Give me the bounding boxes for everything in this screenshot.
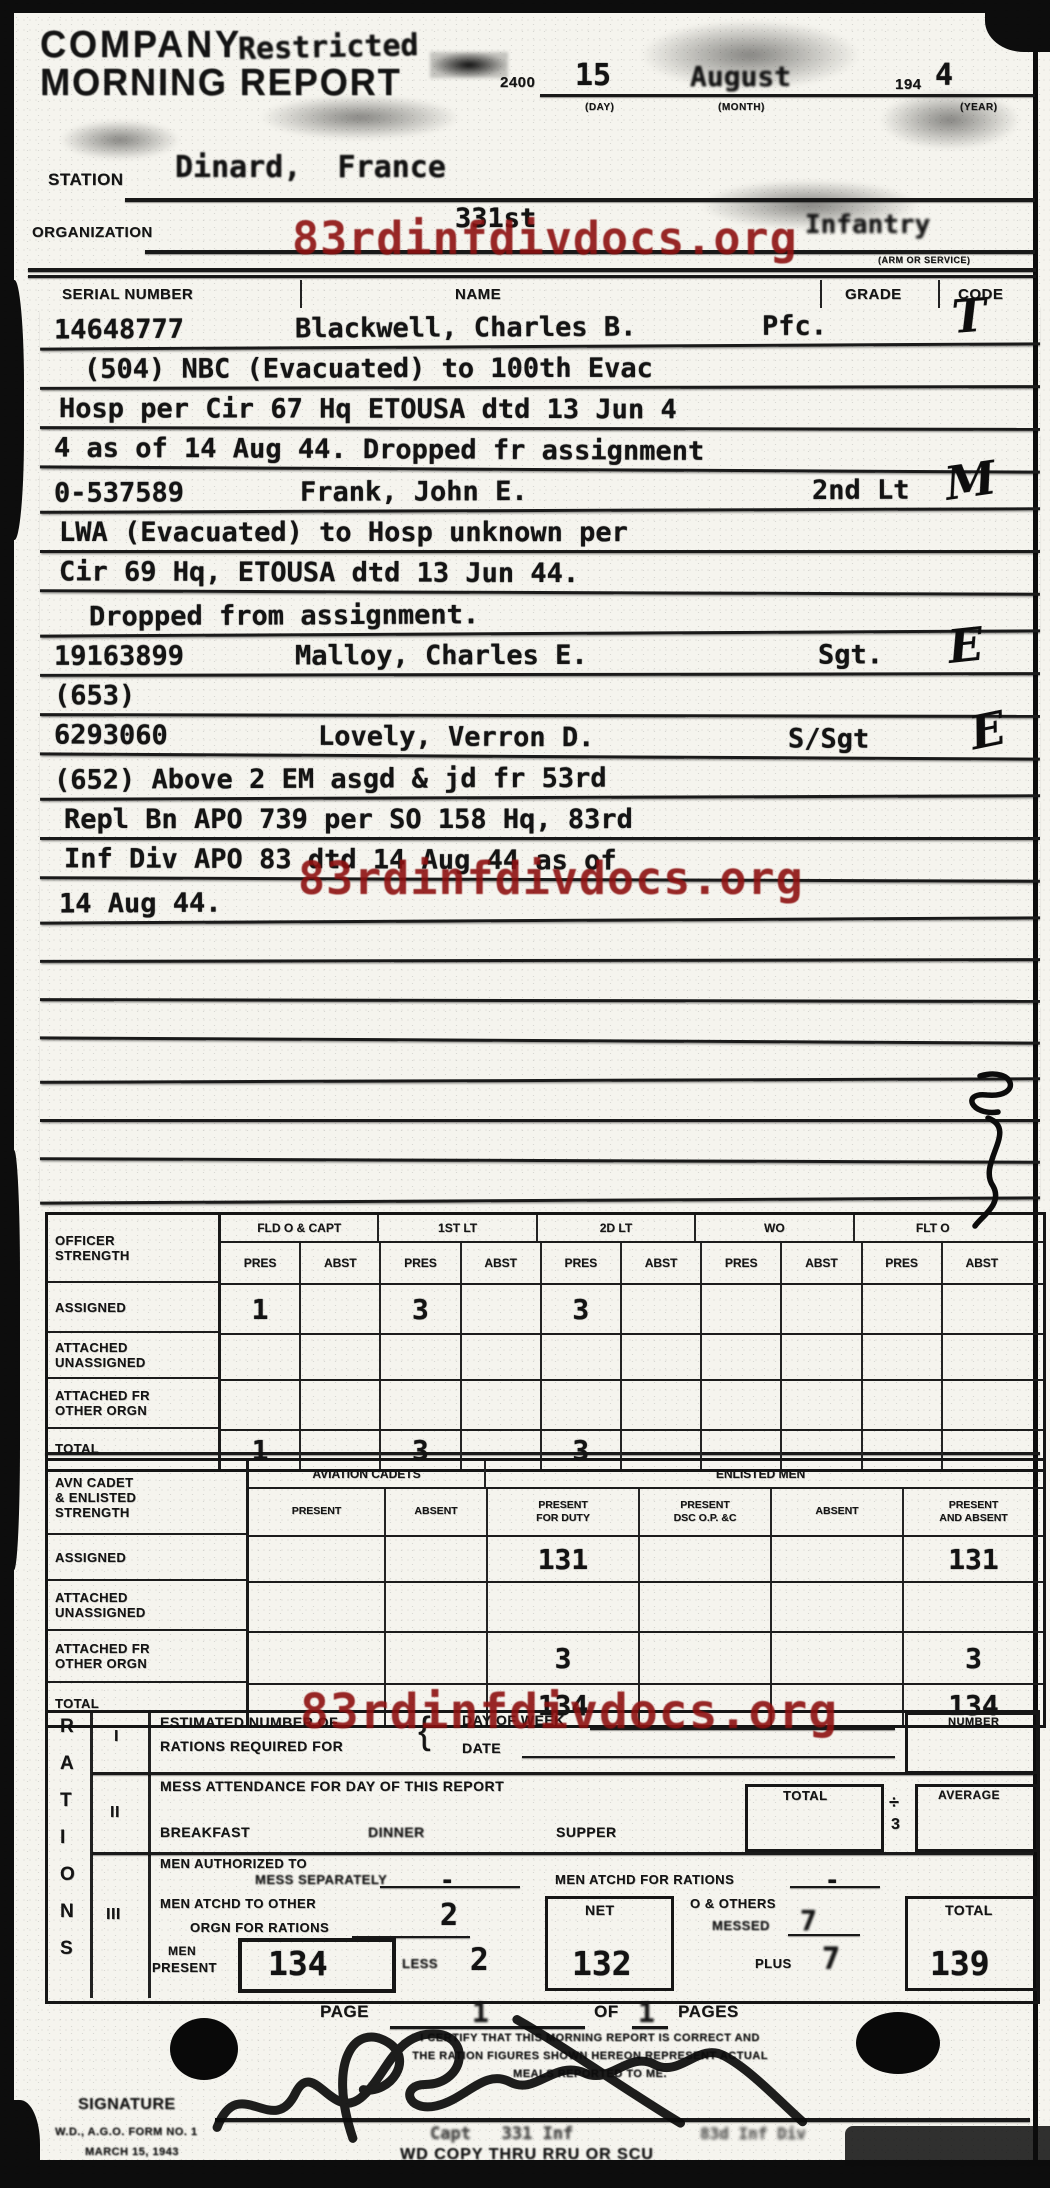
officer-pres-abst-header: PRES <box>379 1243 459 1283</box>
enlisted-column-header-line: ABSENT <box>414 1505 457 1518</box>
table-corner-label: OFFICERSTRENGTH <box>48 1215 218 1281</box>
rations-numeral-1: I <box>114 1728 119 1746</box>
divisor: 3 <box>891 1816 900 1834</box>
table-value-row <box>249 1581 1043 1631</box>
roster-header-grade: GRADE <box>845 286 902 303</box>
officer-pres-abst-label: ABST <box>484 1256 517 1271</box>
enlisted-column-header-label: PRESENT <box>292 1505 342 1518</box>
table-header-row-cols: PRESABSTPRESABSTPRESABSTPRESABSTPRESABST <box>221 1241 1043 1283</box>
table-header-row-cols: PRESENTABSENTPRESENTFOR DUTYPRESENTDSC O… <box>249 1487 1043 1535</box>
table-value-cell <box>638 1583 770 1631</box>
form-date: MARCH 15, 1943 <box>85 2146 179 2158</box>
divide-sign: ÷ <box>889 1792 899 1813</box>
table-value-cell <box>941 1335 1021 1379</box>
enlisted-column-header-line: FOR DUTY <box>536 1512 590 1525</box>
officer-pres-abst-header: PRES <box>221 1243 299 1283</box>
organization-branch-value: Infantry <box>805 210 930 240</box>
officer-pres-abst-label: PRES <box>885 1256 918 1271</box>
officer-rank-group-label: 2D LT <box>600 1221 632 1236</box>
station-value: Dinard, France <box>175 150 446 185</box>
double-rule-bottom <box>28 275 1036 278</box>
date-underline <box>540 94 1035 97</box>
restricted-stamp: Restricted <box>238 28 419 67</box>
arm-or-service-sublabel: (ARM OR SERVICE) <box>878 255 970 265</box>
table-row-label-line: UNASSIGNED <box>55 1355 218 1370</box>
table-row-label: ATTACHEDUNASSIGNED <box>48 1579 246 1629</box>
roster-line: Repl Bn APO 739 per SO 158 Hq, 83rd <box>40 799 1040 840</box>
mess-average-label: AVERAGE <box>938 1788 1000 1802</box>
table-value-cell <box>780 1335 860 1379</box>
rations-total-value: 139 <box>930 1944 990 1983</box>
table-value-cell <box>249 1583 384 1631</box>
officer-rank-group-label: FLD O & CAPT <box>257 1221 341 1236</box>
roster-line: LWA (Evacuated) to Hosp unknown per <box>40 512 1040 553</box>
table-value-cell: 3 <box>902 1633 1043 1683</box>
table-row-label-line: ATTACHED <box>55 1590 246 1605</box>
roster-name: Frank, John E. <box>300 476 528 508</box>
enlisted-column-header-line: AND ABSENT <box>939 1512 1007 1525</box>
table-corner-label-line: & ENLISTED <box>55 1490 246 1505</box>
rations-side-letter: N <box>60 1901 74 1923</box>
table-value-cell <box>700 1335 780 1379</box>
roster-serial: 19163899 <box>54 641 184 672</box>
table-label-column: AVN CADET& ENLISTEDSTRENGTHASSIGNEDATTAC… <box>48 1461 249 1725</box>
table-row-label-line: ASSIGNED <box>55 1550 246 1565</box>
table-cell-value: 1 <box>252 1293 269 1326</box>
table-row-label-line: OTHER ORGN <box>55 1656 246 1671</box>
less-label: LESS <box>402 1956 438 1971</box>
dinner-label: DINNER <box>368 1824 425 1840</box>
watermark-text: 83rdinfdivdocs.org <box>300 1684 838 1740</box>
year-sublabel: (YEAR) <box>960 102 997 113</box>
table-corner-label-line: STRENGTH <box>55 1505 246 1520</box>
table-row-label-line: ATTACHED <box>55 1340 218 1355</box>
officer-pres-abst-label: PRES <box>244 1256 277 1271</box>
scan-artifact <box>845 2126 1050 2166</box>
o-and-others-line2: MESSED <box>712 1918 770 1933</box>
signature-label: SIGNATURE <box>78 2096 176 2114</box>
table-value-cell <box>299 1285 379 1333</box>
roster-name: Malloy, Charles E. <box>295 640 588 672</box>
roster-remark: 14 Aug 44. <box>59 888 222 920</box>
officer-rank-group-header: 1ST LT <box>377 1215 535 1241</box>
enlisted-men-label: ENLISTED MEN <box>716 1467 805 1482</box>
table-value-cell <box>249 1633 384 1683</box>
rations-numeral-3: III <box>106 1906 121 1924</box>
aviation-cadets-label: AVIATION CADETS <box>312 1467 420 1482</box>
table-value-cell <box>902 1583 1043 1631</box>
table-value-cell <box>460 1335 540 1379</box>
table-value-cell <box>540 1335 620 1379</box>
enlisted-column-header-label: ABSENT <box>414 1505 457 1518</box>
table-row-label-line: UNASSIGNED <box>55 1605 246 1620</box>
table-value-cell: 3 <box>379 1285 459 1333</box>
table-value-cell <box>780 1381 860 1429</box>
roster-remark: Cir 69 Hq, ETOUSA dtd 13 Jun 44. <box>59 556 579 589</box>
roster-code-handwritten: E <box>945 617 986 674</box>
officer-rank-group-header: FLD O & CAPT <box>221 1215 377 1241</box>
roster-serial: 0-537589 <box>54 477 184 508</box>
roster-remark: Dropped from assignment. <box>89 599 479 632</box>
table-value-cell: 3 <box>486 1633 638 1683</box>
enlisted-column-header-line: PRESENT <box>674 1499 737 1512</box>
organization-label: ORGANIZATION <box>32 224 153 241</box>
watermark-text: 83rdinfdivdocs.org <box>292 212 798 265</box>
enlisted-column-header-label: PRESENTDSC O.P. &C <box>674 1499 737 1525</box>
table-corner-label-line: STRENGTH <box>55 1248 218 1263</box>
men-atchd-for-rations-value: - <box>825 1866 839 1894</box>
table-value-cell <box>861 1285 941 1333</box>
officer-pres-abst-label: ABST <box>965 1256 998 1271</box>
table-value-cell <box>379 1381 459 1429</box>
roster-remark: 4 as of 14 Aug 44. Dropped fr assignment <box>54 432 704 466</box>
men-present-line1: MEN <box>168 1944 196 1958</box>
officer-pres-abst-label: PRES <box>565 1256 598 1271</box>
table-value-cell <box>540 1381 620 1429</box>
roster-line: 6293060Lovely, Verron D.S/SgtE <box>40 714 1040 760</box>
rations-side-letter: R <box>60 1716 74 1738</box>
table-value-cell <box>299 1335 379 1379</box>
enlisted-column-header: ABSENT <box>384 1489 486 1535</box>
officer-pres-abst-header: PRES <box>540 1243 620 1283</box>
roster-blank-line <box>40 1040 1040 1083</box>
scan-noise-blob <box>880 90 1020 150</box>
roster-blank-line <box>40 961 1040 1003</box>
enlisted-column-header-label: PRESENTFOR DUTY <box>536 1499 590 1525</box>
roster-code-handwritten: M <box>941 450 999 511</box>
month-sublabel: (MONTH) <box>718 102 765 113</box>
officer-pres-abst-label: PRES <box>404 1256 437 1271</box>
roster-remark: LWA (Evacuated) to Hosp unknown per <box>59 517 628 548</box>
men-authorized-line1: MEN AUTHORIZED TO <box>160 1856 307 1871</box>
table-value-cell: 131 <box>486 1537 638 1581</box>
officer-rank-group-label: 1ST LT <box>438 1221 477 1236</box>
day-sublabel: (DAY) <box>585 102 614 113</box>
table-value-cell <box>249 1537 384 1581</box>
men-atchd-other-value: 2 <box>440 1898 458 1933</box>
table-value-cell <box>460 1381 540 1429</box>
table-value-cell <box>941 1381 1021 1429</box>
roster-header-serial: SERIAL NUMBER <box>62 286 193 303</box>
table-value-cell: 131 <box>902 1537 1043 1581</box>
table-value-cell <box>221 1335 299 1379</box>
table-value-cell <box>638 1633 770 1683</box>
table-value-cell <box>620 1335 700 1379</box>
table-value-cell: 1 <box>221 1285 299 1333</box>
table-header-row-groups: FLD O & CAPT1ST LT2D LTWOFLT O <box>221 1215 1043 1241</box>
table-row-label-line: ATTACHED FR <box>55 1388 218 1403</box>
enlisted-column-header-line: PRESENT <box>536 1499 590 1512</box>
men-present-value: 134 <box>268 1944 328 1983</box>
scan-artifact <box>985 0 1050 52</box>
scan-noise-blob <box>60 120 180 160</box>
officer-pres-abst-header: PRES <box>861 1243 941 1283</box>
roster-header-name: NAME <box>455 286 501 303</box>
roster-line: (504) NBC (Evacuated) to 100th Evac <box>40 347 1040 390</box>
net-label: NET <box>585 1902 615 1918</box>
table-cell-value: 3 <box>965 1642 982 1675</box>
roster-blank-line <box>40 1120 1040 1163</box>
table-cell-value: 3 <box>412 1293 429 1326</box>
officer-pres-abst-label: ABST <box>324 1256 357 1271</box>
officer-rank-group-header: WO <box>694 1215 852 1241</box>
roster-name: Lovely, Verron D. <box>318 721 595 753</box>
officer-pres-abst-header: ABST <box>620 1243 700 1283</box>
rations-side-letter: I <box>60 1827 66 1849</box>
roster-blank-line <box>40 999 1040 1044</box>
handwritten-squiggle <box>925 1068 1040 1228</box>
table-corner-label-line: OFFICER <box>55 1233 218 1248</box>
table-row-label: ATTACHED FROTHER ORGN <box>48 1629 246 1681</box>
o-and-others-line1: O & OTHERS <box>690 1896 776 1911</box>
roster-header-code: CODE <box>958 286 1003 303</box>
punch-hole-right <box>856 2012 940 2074</box>
year-printed: 194 <box>895 76 922 93</box>
table-row-label-line: ATTACHED FR <box>55 1641 246 1656</box>
table-value-cell <box>941 1285 1021 1333</box>
estimated-rations-line2: RATIONS REQUIRED FOR <box>160 1738 343 1754</box>
table-value-cell <box>486 1583 638 1631</box>
roster-blank-line <box>40 1082 1040 1122</box>
men-atchd-for-rations-label: MEN ATCHD FOR RATIONS <box>555 1872 734 1887</box>
rations-total-label: TOTAL <box>945 1902 993 1918</box>
table-value-cell <box>620 1381 700 1429</box>
men-present-line2: PRESENT <box>152 1960 217 1975</box>
roster-header-separator <box>300 280 302 308</box>
supper-label: SUPPER <box>556 1824 617 1840</box>
table-value-cell: 3 <box>540 1285 620 1333</box>
table-value-cell <box>299 1381 379 1429</box>
rations-side-letter: A <box>60 1753 74 1775</box>
table-body: FLD O & CAPT1ST LT2D LTWOFLT OPRESABSTPR… <box>221 1215 1043 1469</box>
officer-pres-abst-label: ABST <box>645 1256 678 1271</box>
rations-side-letter: O <box>60 1864 75 1886</box>
table-corner-label: AVN CADET& ENLISTEDSTRENGTH <box>48 1461 246 1533</box>
enlisted-column-header-label: PRESENTAND ABSENT <box>939 1499 1007 1525</box>
table-value-cell <box>861 1335 941 1379</box>
scan-artifact <box>0 2100 40 2188</box>
table-value-row: 33 <box>249 1631 1043 1683</box>
table-row-label-line: TOTAL <box>55 1696 246 1711</box>
enlisted-column-header-line: PRESENT <box>292 1505 342 1518</box>
punch-hole-left <box>170 2018 238 2080</box>
table-value-cell <box>221 1381 299 1429</box>
roster-remark: (504) NBC (Evacuated) to 100th Evac <box>84 353 653 385</box>
roster-header-separator <box>938 280 940 308</box>
enlisted-column-header: PRESENTDSC O.P. &C <box>638 1489 770 1535</box>
table-value-cell <box>780 1285 860 1333</box>
roster-line: 19163899Malloy, Charles E.Sgt.E <box>40 634 1040 677</box>
roster-line: Hosp per Cir 67 Hq ETOUSA dtd 13 Jun 4 <box>40 388 1040 431</box>
table-row-label: ATTACHEDUNASSIGNED <box>48 1331 218 1377</box>
date-field-label: DATE <box>462 1740 501 1756</box>
table-value-cell <box>620 1285 700 1333</box>
roster-remark: Repl Bn APO 739 per SO 158 Hq, 83rd <box>64 804 633 835</box>
form-title-line2: MORNING REPORT <box>40 62 402 105</box>
table-cell-value: 3 <box>572 1293 589 1326</box>
table-value-cell <box>379 1335 459 1379</box>
officer-pres-abst-header: PRES <box>700 1243 780 1283</box>
scan-artifact <box>0 0 1050 13</box>
table-value-row: 131131 <box>249 1535 1043 1581</box>
table-value-cell <box>770 1633 902 1683</box>
date-month-value: August <box>690 60 791 93</box>
officer-rank-group-label: WO <box>764 1221 785 1236</box>
mess-attendance-title: MESS ATTENDANCE FOR DAY OF THIS REPORT <box>160 1778 504 1794</box>
table-row-label-line: OTHER ORGN <box>55 1403 218 1418</box>
date-year-value: 4 <box>935 58 953 93</box>
roster-remark: (652) Above 2 EM asgd & jd fr 53rd <box>54 763 607 796</box>
date-day-value: 15 <box>575 58 611 93</box>
roster-line: (652) Above 2 EM asgd & jd fr 53rd <box>40 756 1040 800</box>
roster-line: 14648777Blackwell, Charles B.Pfc.T <box>40 304 1040 350</box>
scan-artifact <box>0 1150 20 1570</box>
officer-pres-abst-header: ABST <box>299 1243 379 1283</box>
plus-label: PLUS <box>755 1956 792 1971</box>
officer-pres-abst-label: ABST <box>805 1256 838 1271</box>
table-row-label: ASSIGNED <box>48 1533 246 1579</box>
roster-blank-line <box>40 921 1040 963</box>
rations-side-letter: S <box>60 1938 73 1960</box>
roster-serial: 14648777 <box>54 314 184 346</box>
roster-name: Blackwell, Charles B. <box>295 311 637 344</box>
enlisted-column-header: PRESENTAND ABSENT <box>902 1489 1043 1535</box>
table-label-column: OFFICERSTRENGTHASSIGNEDATTACHEDUNASSIGNE… <box>48 1215 221 1469</box>
enlisted-column-header: ABSENT <box>770 1489 902 1535</box>
men-atchd-other-line1: MEN ATCHD TO OTHER <box>160 1896 316 1911</box>
aviation-cadets-group-header: AVIATION CADETS <box>249 1461 484 1487</box>
number-box-label: NUMBER <box>948 1716 999 1728</box>
plus-value: 7 <box>822 1942 840 1977</box>
double-rule-top <box>28 268 1036 272</box>
form-number: W.D., A.G.O. FORM NO. 1 <box>55 2126 198 2138</box>
enlisted-column-header-line: ABSENT <box>815 1505 858 1518</box>
officer-pres-abst-header: ABST <box>780 1243 860 1283</box>
roster-header-separator <box>820 280 822 308</box>
scan-artifact <box>0 280 24 540</box>
table-value-cell <box>700 1381 780 1429</box>
scanned-morning-report-page: COMPANY MORNING REPORT Restricted 2400 1… <box>0 0 1050 2188</box>
table-value-cell <box>460 1285 540 1333</box>
roster-line: (653) <box>40 675 1040 718</box>
o-and-others-value: 7 <box>800 1904 817 1937</box>
table-value-cell <box>384 1537 486 1581</box>
table-value-cell <box>861 1381 941 1429</box>
table-value-row: 133 <box>221 1283 1043 1333</box>
table-value-cell <box>384 1583 486 1631</box>
table-row-label: ATTACHED FROTHER ORGN <box>48 1377 218 1427</box>
enlisted-column-header-line: DSC O.P. &C <box>674 1512 737 1525</box>
officer-pres-abst-header: ABST <box>941 1243 1021 1283</box>
officer-pres-abst-header: ABST <box>460 1243 540 1283</box>
roster-grade: Pfc. <box>762 310 827 341</box>
table-value-cell <box>638 1537 770 1581</box>
station-underline <box>125 198 1035 202</box>
roster-remark: (653) <box>54 680 135 711</box>
hours-smudge <box>430 52 508 78</box>
enlisted-column-header-label: ABSENT <box>815 1505 858 1518</box>
enlisted-men-group-header: ENLISTED MEN <box>484 1461 1035 1487</box>
roster-serial: 6293060 <box>54 719 168 751</box>
table-row-label: ASSIGNED <box>48 1281 218 1331</box>
roster-line: Dropped from assignment. <box>40 591 1040 637</box>
table-cell-value: 3 <box>555 1642 572 1675</box>
table-row-label-line: TOTAL <box>55 1441 218 1456</box>
rations-numeral-2: II <box>110 1804 120 1822</box>
mess-total-label: TOTAL <box>783 1788 828 1803</box>
table-value-cell <box>700 1285 780 1333</box>
watermark-text: 83rdinfdivdocs.org <box>298 852 804 905</box>
table-cell-value: 131 <box>538 1543 589 1576</box>
roster-line: 4 as of 14 Aug 44. Dropped fr assignment <box>40 427 1040 473</box>
mess-separately-value: - <box>440 1866 454 1894</box>
table-header-row-groups: AVIATION CADETSENLISTED MEN <box>249 1461 1043 1487</box>
enlisted-column-header-line: PRESENT <box>939 1499 1007 1512</box>
table-value-row <box>221 1333 1043 1379</box>
form-title-line1: COMPANY <box>40 24 242 67</box>
station-label: STATION <box>48 170 124 190</box>
roster-grade: Sgt. <box>818 639 883 670</box>
officer-strength-table: OFFICERSTRENGTHASSIGNEDATTACHEDUNASSIGNE… <box>45 1212 1046 1472</box>
enlisted-column-header: PRESENTFOR DUTY <box>486 1489 638 1535</box>
enlisted-column-header: PRESENT <box>249 1489 384 1535</box>
officer-pres-abst-label: PRES <box>725 1256 758 1271</box>
rations-side-letter: T <box>60 1790 72 1812</box>
roster-blank-line <box>40 1159 1040 1204</box>
hours-2400-label: 2400 <box>500 74 535 91</box>
table-value-cell <box>770 1537 902 1581</box>
table-corner-label-line: AVN CADET <box>55 1475 246 1490</box>
roster-grade: S/Sgt <box>788 723 869 754</box>
roster-line: 0-537589Frank, John E.2nd LtM <box>40 469 1040 513</box>
table-value-cell <box>770 1583 902 1631</box>
men-authorized-line2: MESS SEPARATELY <box>255 1872 387 1887</box>
roster-line: Cir 69 Hq, ETOUSA dtd 13 Jun 44. <box>40 551 1040 595</box>
net-value: 132 <box>572 1944 632 1983</box>
roster-remark: Hosp per Cir 67 Hq ETOUSA dtd 13 Jun 4 <box>59 393 677 425</box>
officer-rank-group-header: 2D LT <box>536 1215 694 1241</box>
table-row-label-line: ASSIGNED <box>55 1300 218 1315</box>
roster-grade: 2nd Lt <box>812 475 910 506</box>
table-cell-value: 131 <box>948 1543 999 1576</box>
table-value-row <box>221 1379 1043 1429</box>
less-value: 2 <box>470 1942 489 1978</box>
roster-lines: 14648777Blackwell, Charles B.Pfc.T(504) … <box>40 307 1040 1202</box>
breakfast-label: BREAKFAST <box>160 1824 250 1840</box>
table-value-cell <box>384 1633 486 1683</box>
men-atchd-other-line2: ORGN FOR RATIONS <box>190 1920 329 1935</box>
